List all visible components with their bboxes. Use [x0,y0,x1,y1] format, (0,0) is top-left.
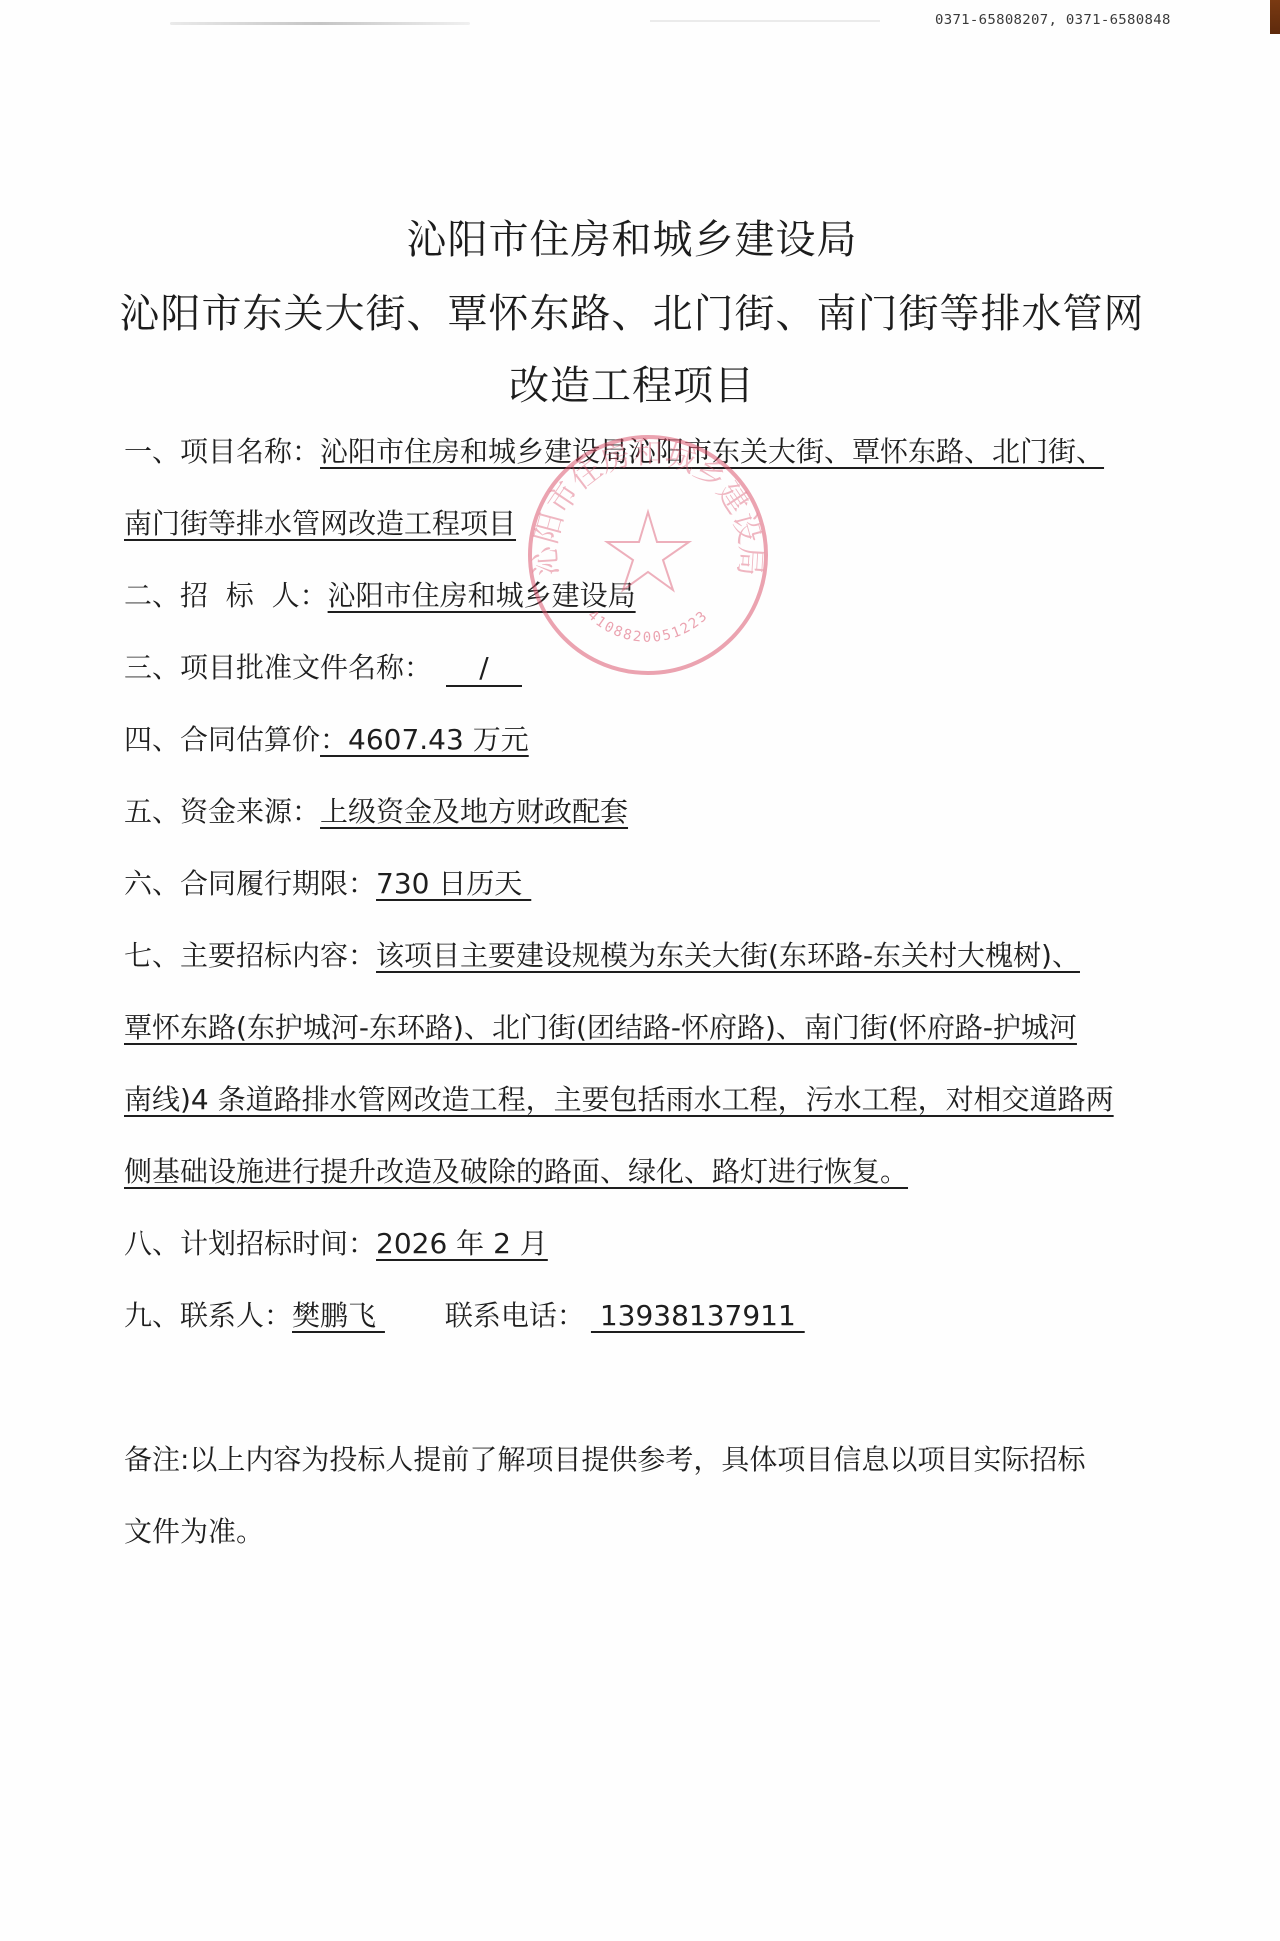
item-funding-source: 五、资金来源：上级资金及地方财政配套 [124,792,628,832]
title-project-line1: 沁阳市东关大街、覃怀东路、北门街、南门街等排水管网 [0,282,1272,339]
contract-period-value: 730 日历天 [376,867,531,900]
item-contact: 九、联系人：樊鹏飞 联系电话： 13938137911 [124,1296,805,1336]
header-faint-text [170,22,470,25]
title-agency: 沁阳市住房和城乡建设局 [0,208,1272,265]
item-main-content: 七、主要招标内容：该项目主要建设规模为东关大街(东环路-东关村大槐树)、 [124,936,1080,976]
planned-time-label: 八、计划招标时间： [124,1227,376,1260]
document-page: 0371-65808207, 0371-6580848 沁阳市住房和城乡建设局 … [0,0,1280,1941]
project-name-value-2: 南门街等排水管网改造工程项目 [124,507,516,540]
header-faint-text-2 [650,20,880,22]
tenderer-label: 二、招 标 人： [124,579,328,612]
contact-phone-label: 联系电话： [445,1299,585,1332]
planned-time-value: 2026 年 2 月 [376,1227,548,1260]
main-content-value-2: 覃怀东路(东护城河-东环路)、北门街(团结路-怀府路)、南门街(怀府路-护城河 [124,1011,1077,1044]
item-estimated-price: 四、合同估算价：4607.43 万元 [124,720,529,760]
estimated-price-label: 四、合同估算价 [124,723,320,756]
item-main-content-cont-2: 南线)4 条道路排水管网改造工程，主要包括雨水工程，污水工程，对相交道路两 [124,1080,1114,1120]
item-approval-doc: 三、项目批准文件名称：/ [124,648,522,688]
main-content-value-1: 该项目主要建设规模为东关大街(东环路-东关村大槐树)、 [376,939,1080,972]
approval-doc-label: 三、项目批准文件名称： [124,651,432,684]
item-tenderer: 二、招 标 人：沁阳市住房和城乡建设局 [124,576,636,616]
funding-source-label: 五、资金来源： [124,795,320,828]
note-line-1: 备注:以上内容为投标人提前了解项目提供参考，具体项目信息以项目实际招标 [124,1440,1085,1480]
item-project-name: 一、项目名称：沁阳市住房和城乡建设局沁阳市东关大街、覃怀东路、北门街、 [124,432,1104,472]
note-line-2: 文件为准。 [124,1512,264,1552]
project-name-value-1: 沁阳市住房和城乡建设局沁阳市东关大街、覃怀东路、北门街、 [320,435,1104,468]
approval-doc-value: / [446,651,522,687]
contact-label: 九、联系人： [124,1299,292,1332]
item-planned-time: 八、计划招标时间：2026 年 2 月 [124,1224,548,1264]
binder-edge [1270,0,1280,34]
main-content-value-3: 南线)4 条道路排水管网改造工程，主要包括雨水工程，污水工程，对相交道路两 [124,1083,1114,1116]
tenderer-value: 沁阳市住房和城乡建设局 [328,579,636,612]
estimated-price-value: ：4607.43 万元 [320,723,529,756]
item-main-content-cont-1: 覃怀东路(东护城河-东环路)、北门街(团结路-怀府路)、南门街(怀府路-护城河 [124,1008,1077,1048]
contact-phone-value: 13938137911 [591,1299,805,1332]
contract-period-label: 六、合同履行期限： [124,867,376,900]
main-content-label: 七、主要招标内容： [124,939,376,972]
header-phone-numbers: 0371-65808207, 0371-6580848 [935,12,1171,27]
main-content-value-4: 侧基础设施进行提升改造及破除的路面、绿化、路灯进行恢复。 [124,1155,908,1188]
item-main-content-cont-3: 侧基础设施进行提升改造及破除的路面、绿化、路灯进行恢复。 [124,1152,908,1192]
title-project-line2: 改造工程项目 [0,354,1272,411]
project-name-label: 一、项目名称： [124,435,320,468]
funding-source-value: 上级资金及地方财政配套 [320,795,628,828]
item-project-name-cont: 南门街等排水管网改造工程项目 [124,504,516,544]
item-contract-period: 六、合同履行期限：730 日历天 [124,864,531,904]
contact-name: 樊鹏飞 [292,1299,385,1332]
